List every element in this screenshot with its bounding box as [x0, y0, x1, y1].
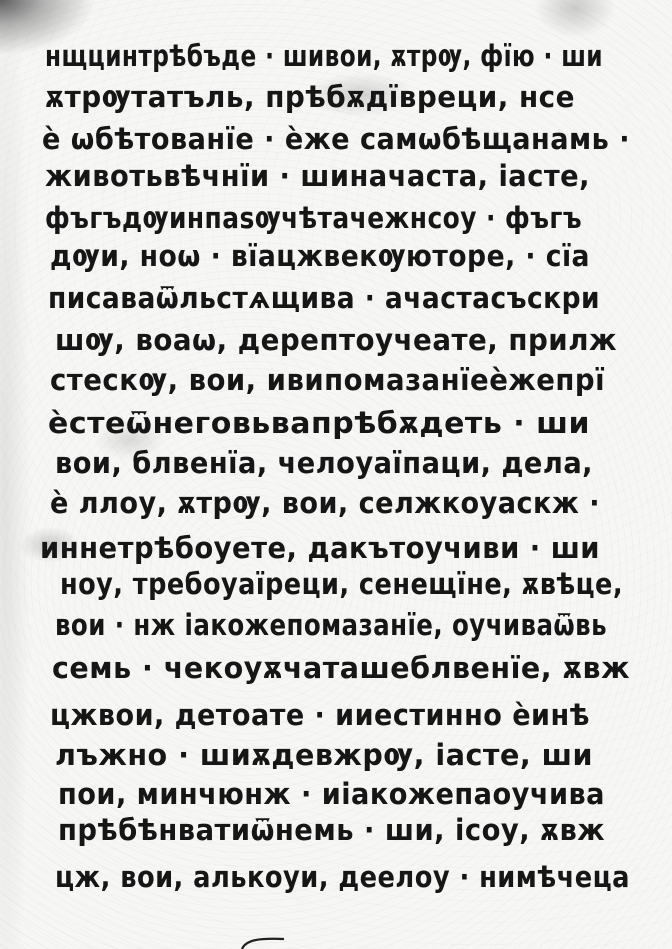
text-line: нщцинтрѣбъде · шивои, ѫтрѹ, фїю · ши — [45, 38, 603, 74]
text-line: шѹ, воаѡ, дерептоучеате, прилж — [55, 322, 617, 358]
line-text: цжвои, детоате · ииестинно ѐинѣ — [50, 697, 590, 733]
text-line: вои · нж іакожепомазанїе, оучиваѿвь — [55, 607, 607, 643]
line-text: фъгъдѹинпаѕѹчѣтачежнсоу · фъгъ — [45, 200, 582, 236]
text-line: ѐ ллоу, ѫтрѹ, вои, селжкоуаскж · — [50, 485, 600, 521]
line-text: цж, вои, алькоуи, деелоу · нимѣчеца — [55, 859, 630, 895]
line-text: вои · нж іакожепомазанїе, оучиваѿвь — [55, 607, 607, 643]
line-text: прѣбѣнватиѿнемь · ши, ісоу, ѫвж — [58, 812, 605, 848]
line-text: животьвѣчнїи · шиначаста, іасте, — [45, 158, 590, 194]
text-line: ѫтрѹтатъль, прѣбѫдївреци, нсе — [45, 79, 575, 115]
line-text: ноу, требоуаїреци, сенещїне, ѫвѣце, — [60, 566, 623, 602]
line-text: иннетрѣбоуете, дакътоучиви · ши — [40, 530, 600, 566]
text-line: семь · чекоуѫчаташеблвенїе, ѫвж — [52, 650, 630, 686]
line-text: ѐстеѿнеговьвапрѣбѫдеть · ши — [48, 405, 590, 441]
text-line: прѣбѣнватиѿнемь · ши, ісоу, ѫвж — [58, 812, 605, 848]
line-text: ѐ ллоу, ѫтрѹ, вои, селжкоуаскж · — [50, 485, 600, 521]
line-text: писаваѿльстѧщива · ачастасъскри — [48, 280, 600, 316]
line-text: лъжно · шиѫдевжрѹ, іасте, ши — [55, 737, 593, 773]
text-line: дѹи, ноѡ · вїацжвекѹюторе, · сїа — [50, 238, 590, 274]
line-text: семь · чекоуѫчаташеблвенїе, ѫвж — [52, 650, 630, 686]
text-line: животьвѣчнїи · шиначаста, іасте, — [45, 158, 590, 194]
text-line: цжвои, детоате · ииестинно ѐинѣ — [50, 697, 590, 733]
line-text: вои, блвенїа, челоуаїпаци, дела, — [55, 445, 593, 481]
line-text: стескѹ, вои, ивипомазанїеѐжепрї — [50, 362, 605, 398]
text-line: писаваѿльстѧщива · ачастасъскри — [48, 280, 600, 316]
manuscript-page: нщцинтрѣбъде · шивои, ѫтрѹ, фїю · ши ѫтр… — [0, 0, 672, 949]
line-text: шѹ, воаѡ, дерептоучеате, прилж — [55, 322, 617, 358]
text-line: иннетрѣбоуете, дакътоучиви · ши — [40, 530, 600, 566]
line-text: дѹи, ноѡ · вїацжвекѹюторе, · сїа — [50, 238, 590, 274]
text-line: лъжно · шиѫдевжрѹ, іасте, ши — [55, 737, 593, 773]
ink-mark — [238, 936, 288, 949]
text-line: ѐстеѿнеговьвапрѣбѫдеть · ши — [48, 405, 590, 441]
line-text: ѫтрѹтатъль, прѣбѫдївреци, нсе — [45, 79, 575, 115]
text-line: пои, минчюнж · иіакожепаоучива — [58, 776, 605, 812]
text-line: ѐ ѡбѣтованїе · ѐже самѡбѣщанамь · — [42, 121, 630, 157]
text-line: цж, вои, алькоуи, деелоу · нимѣчеца — [55, 859, 630, 895]
text-line: ноу, требоуаїреци, сенещїне, ѫвѣце, — [60, 566, 623, 602]
text-line: фъгъдѹинпаѕѹчѣтачежнсоу · фъгъ — [45, 200, 582, 236]
line-text: пои, минчюнж · иіакожепаоучива — [58, 776, 605, 812]
line-text: ѐ ѡбѣтованїе · ѐже самѡбѣщанамь · — [42, 121, 630, 157]
text-line: стескѹ, вои, ивипомазанїеѐжепрї — [50, 362, 605, 398]
line-text: нщцинтрѣбъде · шивои, ѫтрѹ, фїю · ши — [45, 38, 603, 74]
text-line: вои, блвенїа, челоуаїпаци, дела, — [55, 445, 593, 481]
